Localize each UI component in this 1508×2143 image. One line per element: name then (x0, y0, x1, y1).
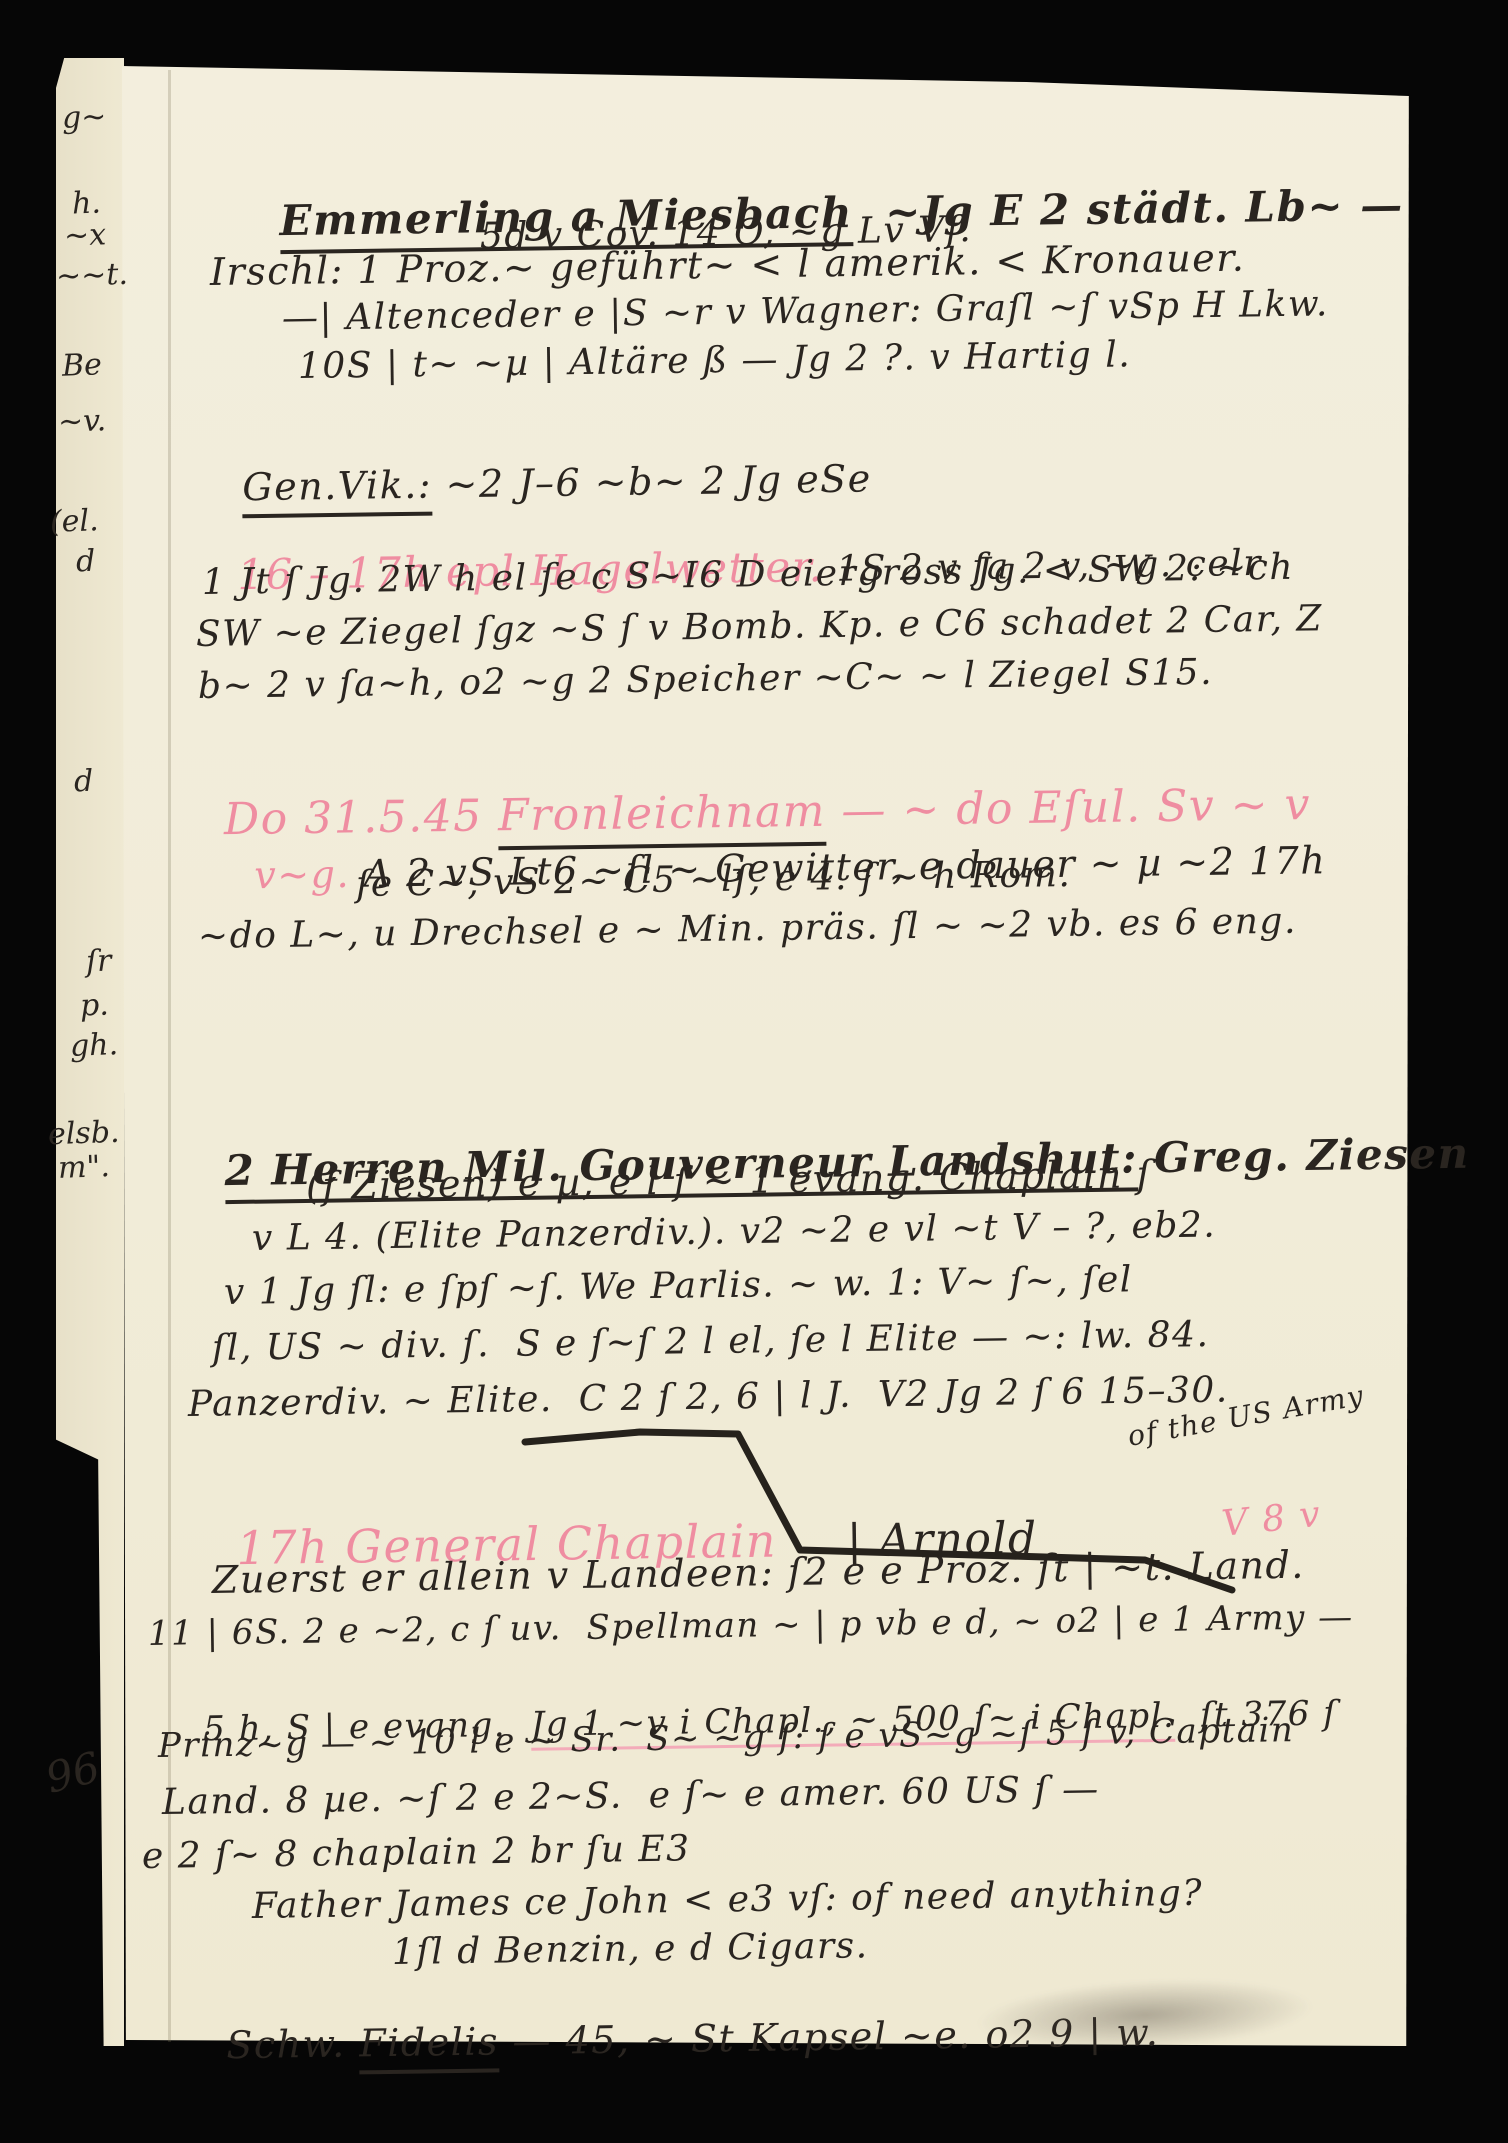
line-text: Greg. Ziesen (1138, 1129, 1470, 1183)
margin-fragment: m". (57, 1149, 110, 1186)
margin-fragment: 96 (41, 1742, 105, 1802)
manuscript-line: e 2 ſ~ 8 chaplain 2 br ſu E3 (142, 1828, 691, 1877)
manuscript-photo: g~ h. ~x ~~t. Be ~v. (el. d d ſr p. gh. … (0, 0, 1508, 2143)
margin-fragment: Be (61, 347, 102, 383)
margin-fragment: ~x (63, 217, 106, 253)
margin-fragment: gh. (69, 1027, 118, 1064)
line-text: Schw. (226, 2021, 360, 2067)
margin-fragment: h. (71, 186, 101, 222)
margin-fragment: p. (79, 988, 109, 1024)
manuscript-line: 1ſl d Benzin, e d Cigars. (392, 1925, 869, 1973)
margin-fragment: ~~t. (55, 257, 128, 294)
margin-fragment: d (73, 764, 93, 800)
margin-fragment: g~ (61, 99, 107, 136)
margin-fragment: elsb. (47, 1115, 120, 1152)
margin-fragment: ſr (85, 944, 112, 980)
red-text: v~g. (254, 852, 350, 897)
margin-fragment: ~v. (57, 403, 106, 440)
line-text-underlined: Fidelis (359, 2019, 499, 2074)
margin-fragment: (el. (49, 503, 99, 540)
margin-fragment: d (75, 544, 95, 580)
